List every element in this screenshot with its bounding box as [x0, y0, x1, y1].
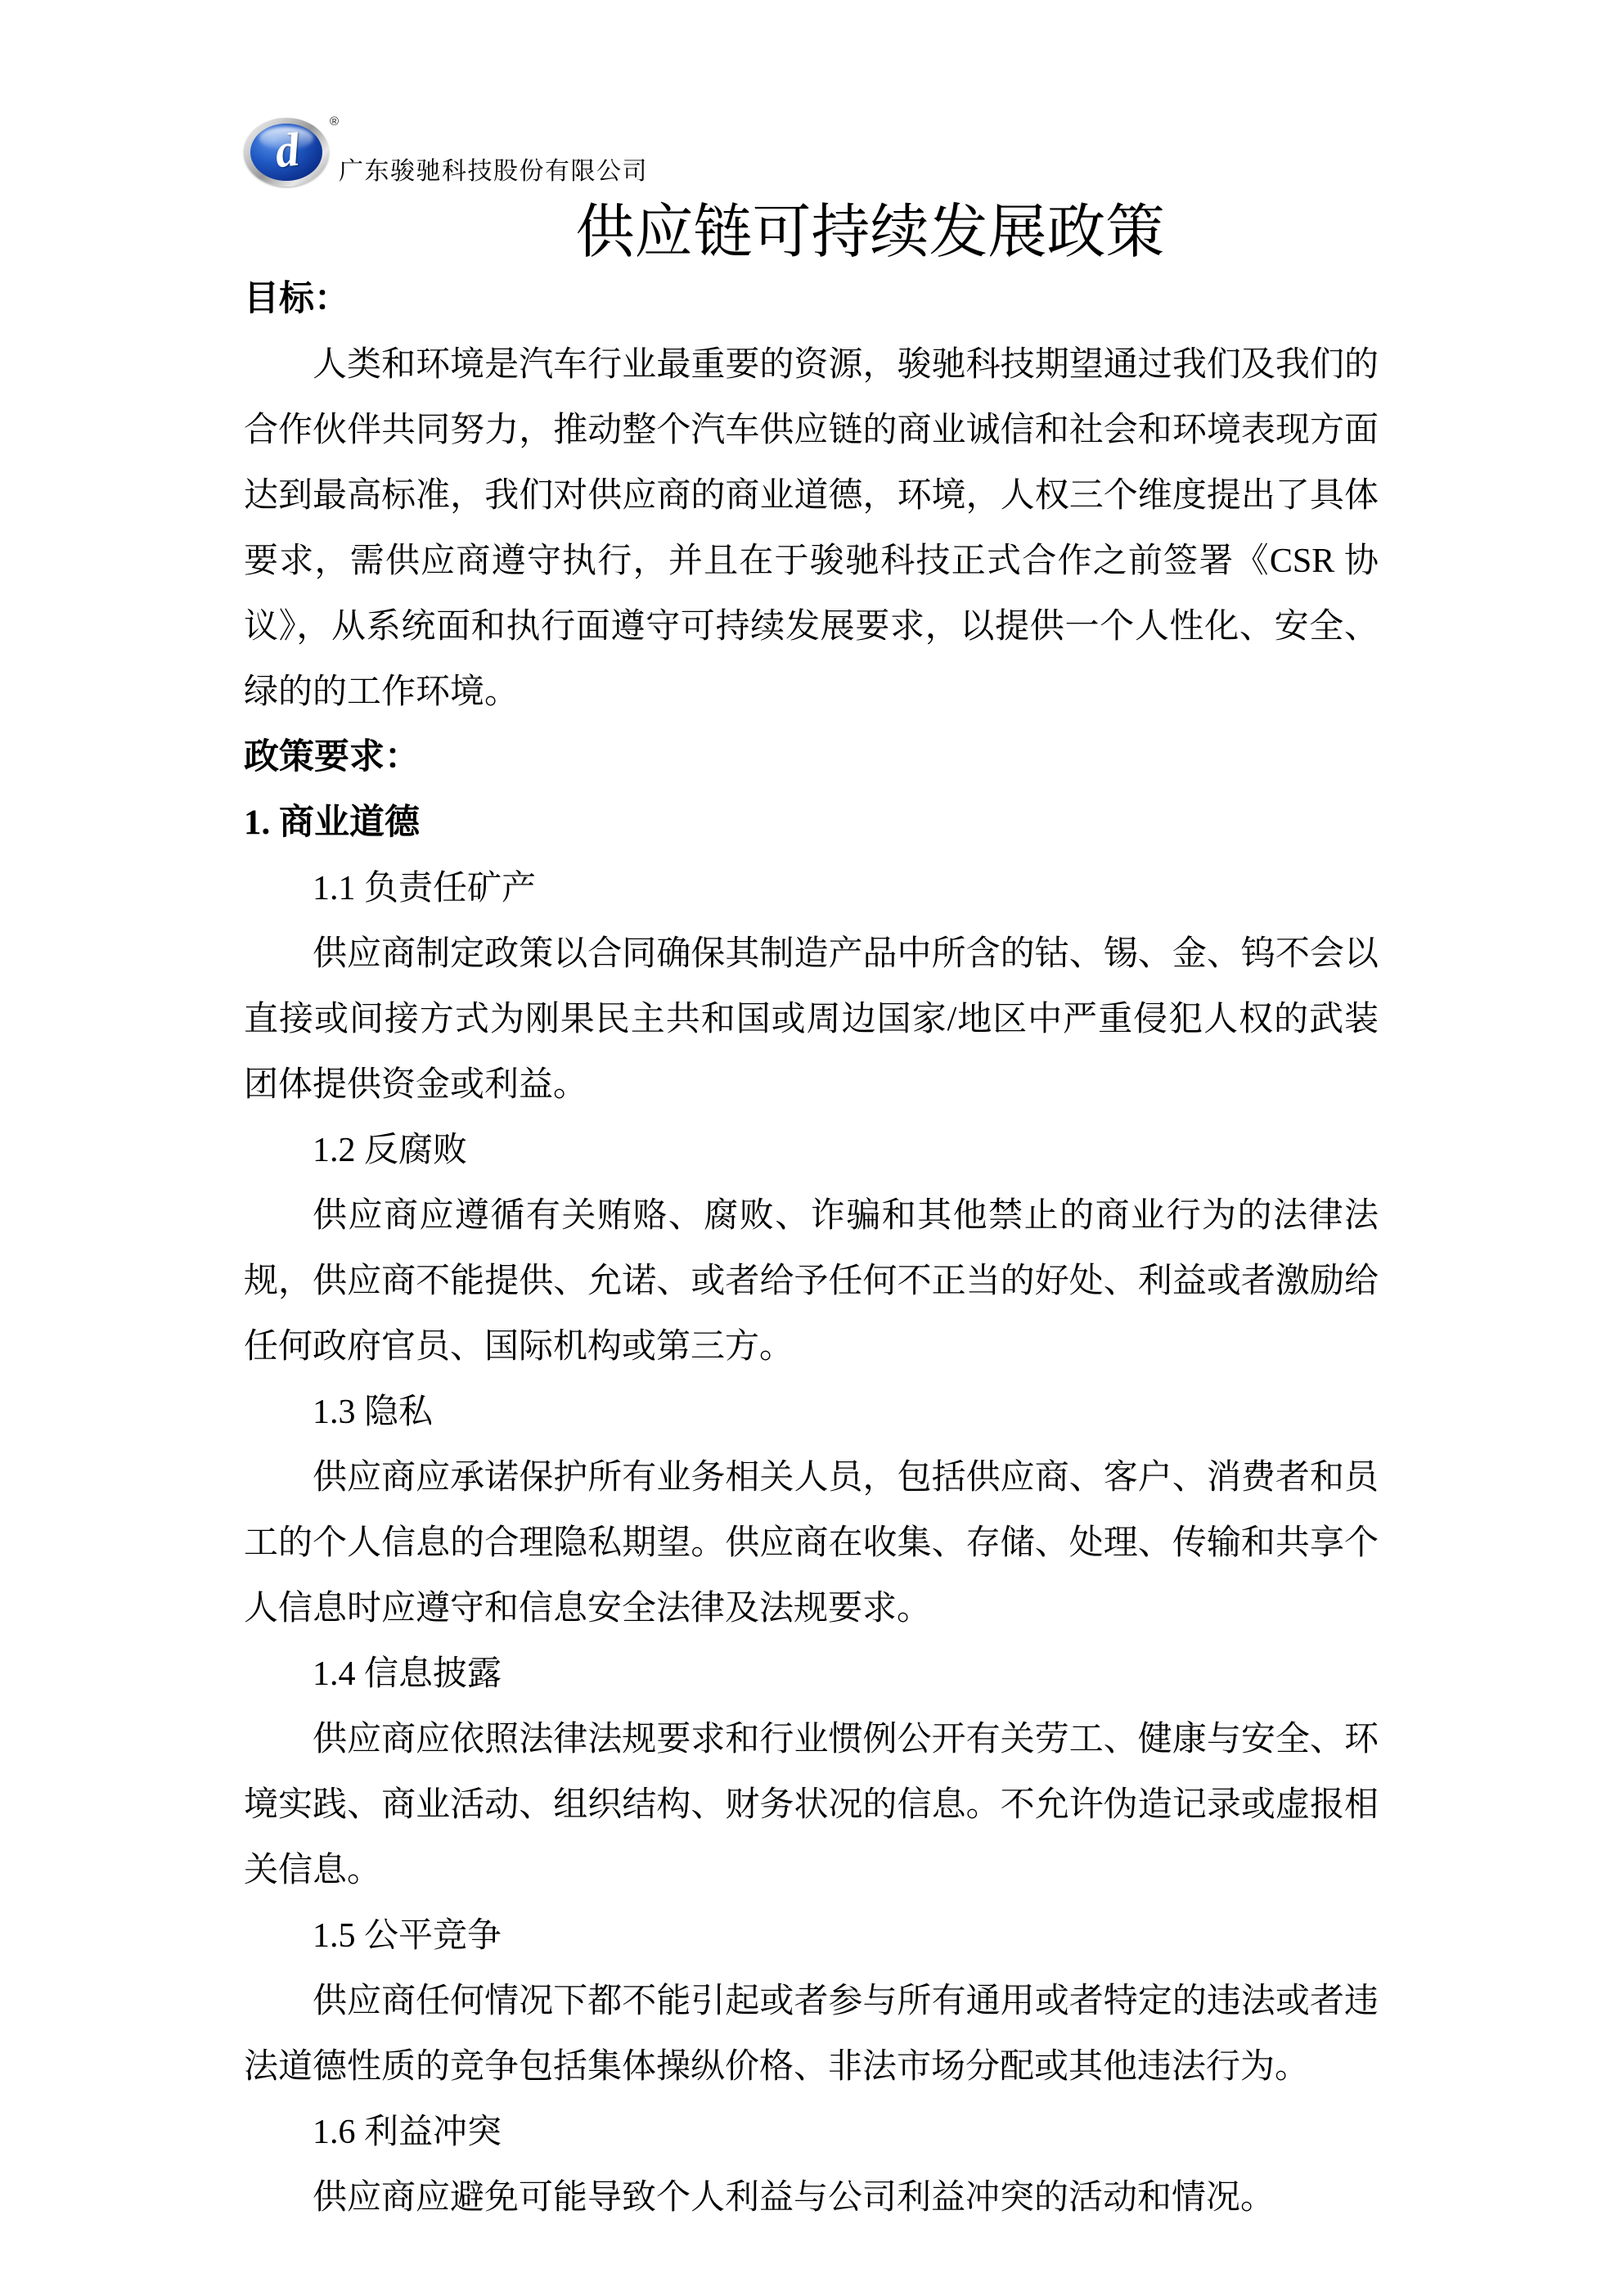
subsection-heading-1-4: 1.4 信息披露: [244, 1641, 1379, 1707]
subsection-paragraph-1-4: 供应商应依照法律法规要求和行业惯例公开有关劳工、健康与安全、环境实践、商业活动、…: [244, 1707, 1379, 1903]
logo-letter: d: [241, 112, 333, 189]
subsection-paragraph-1-6: 供应商应避免可能导致个人利益与公司利益冲突的活动和情况。: [244, 2165, 1379, 2231]
subsection-heading-1-5: 1.5 公平竞争: [244, 1903, 1379, 1969]
company-name: 广东骏驰科技股份有限公司: [339, 160, 648, 187]
subsection-paragraph-1-5: 供应商任何情况下都不能引起或者参与所有通用或者特定的违法或者违法道德性质的竞争包…: [244, 1969, 1379, 2100]
goal-heading: 目标：: [244, 267, 1379, 332]
subsection-heading-1-3: 1.3 隐私: [244, 1380, 1379, 1445]
company-header: d ® 广东骏驰科技股份有限公司: [244, 113, 1379, 187]
section-1-heading: 1. 商业道德: [244, 790, 1379, 856]
subsection-paragraph-1-2: 供应商应遵循有关贿赂、腐败、诈骗和其他禁止的商业行为的法律法规，供应商不能提供、…: [244, 1183, 1379, 1380]
subsection-heading-1-6: 1.6 利益冲突: [244, 2100, 1379, 2165]
document-body: 目标： 人类和环境是汽车行业最重要的资源，骏驰科技期望通过我们及我们的合作伙伴共…: [244, 267, 1379, 2231]
subsection-heading-1-2: 1.2 反腐败: [244, 1118, 1379, 1183]
document-page: d ® 广东骏驰科技股份有限公司 供应链可持续发展政策 目标： 人类和环境是汽车…: [0, 0, 1624, 2287]
company-logo-icon: d ®: [244, 118, 329, 187]
subsection-paragraph-1-3: 供应商应承诺保护所有业务相关人员，包括供应商、客户、消费者和员工的个人信息的合理…: [244, 1445, 1379, 1641]
goal-paragraph: 人类和环境是汽车行业最重要的资源，骏驰科技期望通过我们及我们的合作伙伴共同努力，…: [244, 332, 1379, 725]
subsection-heading-1-1: 1.1 负责任矿产: [244, 856, 1379, 921]
policy-requirements-heading: 政策要求：: [244, 725, 1379, 790]
subsection-paragraph-1-1: 供应商制定政策以合同确保其制造产品中所含的钴、锡、金、钨不会以直接或间接方式为刚…: [244, 921, 1379, 1118]
registered-trademark-symbol: ®: [330, 115, 339, 128]
document-title: 供应链可持续发展政策: [244, 198, 1379, 267]
